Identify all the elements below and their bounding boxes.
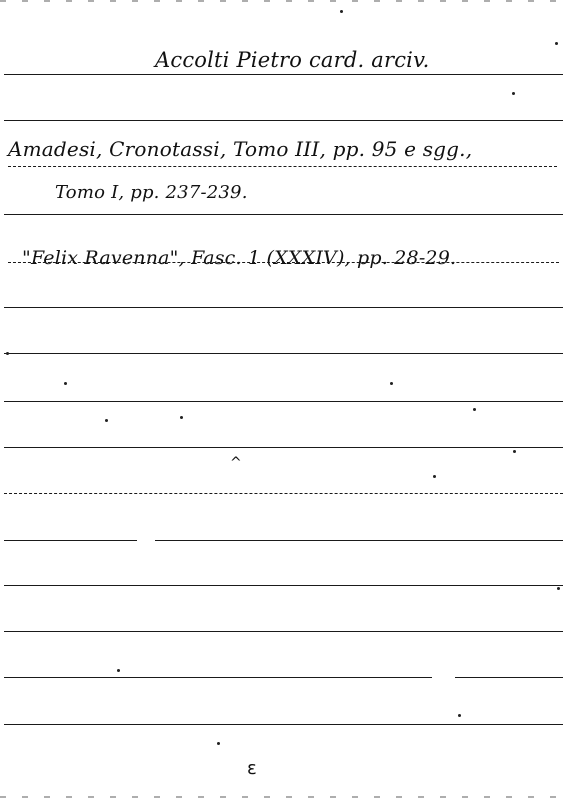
- speck: [433, 475, 436, 478]
- ruled-line: [4, 677, 432, 678]
- card-heading: Accolti Pietro card. arciv.: [155, 48, 430, 72]
- ruled-line: [4, 120, 563, 121]
- bibliography-entry-amadesi-cont: Tomo I, pp. 237-239.: [55, 182, 248, 203]
- scan-top-edge: [0, 0, 567, 2]
- speck: [180, 416, 183, 419]
- scribble-mark: ɛ: [247, 758, 257, 779]
- ruled-line: [4, 540, 137, 541]
- speck: [512, 92, 515, 95]
- speck: [217, 742, 220, 745]
- ruled-line: [4, 353, 563, 354]
- ruled-line: [4, 74, 563, 75]
- ruled-line: [4, 724, 563, 725]
- speck: [458, 714, 461, 717]
- speck: [105, 419, 108, 422]
- scan-bottom-edge: [0, 796, 567, 798]
- ruled-line: [4, 585, 563, 586]
- speck: [390, 382, 393, 385]
- ruled-line: [4, 493, 563, 494]
- ruled-line: [4, 307, 563, 308]
- catalog-card: Accolti Pietro card. arciv. Amadesi, Cro…: [0, 0, 567, 800]
- ruled-line: [155, 540, 563, 541]
- speck: [555, 42, 558, 45]
- speck: [340, 10, 343, 13]
- speck: [64, 382, 67, 385]
- ruled-line: [4, 214, 563, 215]
- speck: [473, 408, 476, 411]
- speck: [117, 669, 120, 672]
- ruled-line: [4, 631, 563, 632]
- caret-mark: ^: [230, 455, 242, 471]
- ruled-line: [4, 401, 563, 402]
- ruled-line: [8, 166, 557, 167]
- ruled-line: [455, 677, 563, 678]
- ruled-line: [4, 447, 563, 448]
- speck: [513, 450, 516, 453]
- speck: [6, 352, 9, 355]
- bibliography-entry-felix-ravenna: "Felix Ravenna", Fasc. 1 (XXXIV), pp. 28…: [22, 247, 456, 269]
- ruled-line: [8, 262, 559, 263]
- speck: [557, 587, 560, 590]
- bibliography-entry-amadesi: Amadesi, Cronotassi, Tomo III, pp. 95 e …: [8, 137, 472, 161]
